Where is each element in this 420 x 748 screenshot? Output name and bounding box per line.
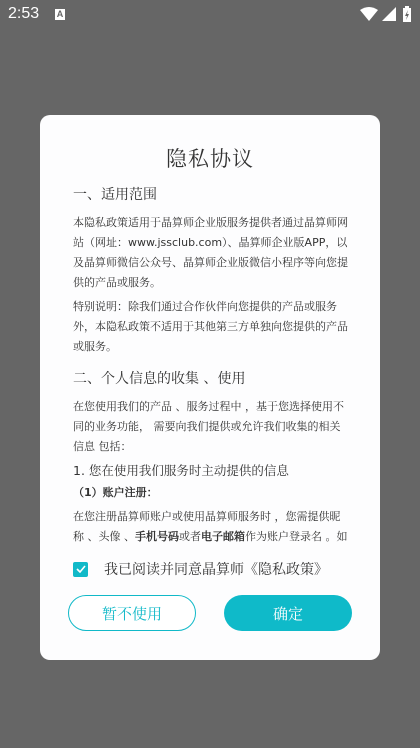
wifi-icon: [360, 7, 378, 21]
keyboard-notification-icon: A: [55, 9, 65, 20]
policy-paragraph: 特别说明：除我们通过合作伙伴向您提供的产品或服务外，本隐私政策不适用于其他第三方…: [73, 297, 351, 357]
agree-label[interactable]: 我已阅读并同意晶算师《隐私政策》: [104, 559, 328, 579]
decline-button[interactable]: 暂不使用: [68, 595, 196, 631]
policy-paragraph: 本隐私政策适用于晶算师企业版服务提供者通过晶算师网站（网址：www.jssclu…: [73, 213, 351, 293]
agree-row[interactable]: 我已阅读并同意晶算师《隐私政策》: [73, 559, 328, 579]
bold-span: 手机号码: [135, 530, 179, 543]
signal-icon: [382, 7, 396, 21]
status-bar: 2:53 A: [0, 0, 420, 30]
section-heading: 一、适用范围: [73, 185, 351, 205]
privacy-dialog: 隐私协议 一、适用范围 本隐私政策适用于晶算师企业版服务提供者通过晶算师网站（网…: [40, 115, 380, 660]
subheading-bold: （1）账户注册：: [73, 483, 351, 503]
text-span: 或者: [179, 530, 201, 543]
policy-paragraph: 在您使用我们的产品 、服务过程中 ，基于您选择使用不同的业务功能， 需要向我们提…: [73, 397, 351, 457]
section-heading: 二、个人信息的收集 、使用: [73, 369, 351, 389]
dialog-title: 隐私协议: [40, 143, 380, 173]
policy-paragraph: 在您注册晶算师账户或使用晶算师服务时 ，您需提供昵称 、头像 、手机号码或者电子…: [73, 507, 351, 545]
confirm-button[interactable]: 确定: [224, 595, 352, 631]
agree-checkbox[interactable]: [73, 562, 88, 577]
policy-content-scroll[interactable]: 一、适用范围 本隐私政策适用于晶算师企业版服务提供者通过晶算师网站（网址：www…: [73, 185, 351, 545]
bold-span: 电子邮箱: [201, 530, 245, 543]
battery-charging-icon: [403, 6, 411, 22]
status-time: 2:53: [8, 5, 39, 23]
check-icon: [76, 565, 86, 573]
subheading: 1. 您在使用我们服务时主动提供的信息: [73, 461, 351, 481]
